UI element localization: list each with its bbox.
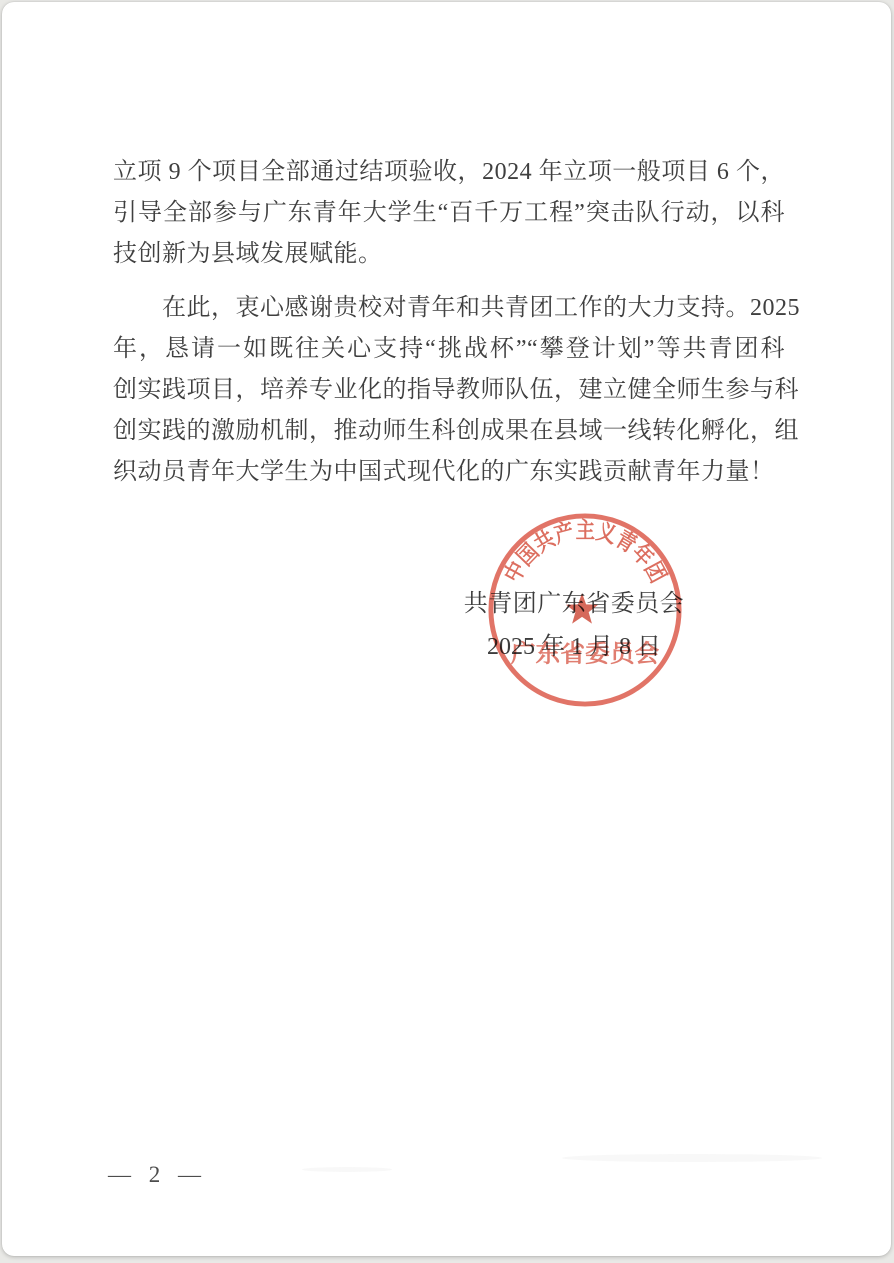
signature-date: 2025 年 1 月 8 日 [422, 626, 726, 661]
signature-organization: 共青团广东省委员会 [422, 583, 726, 618]
body-line: 立项 9 个项目全部通过结项验收，2024 年立项一般项目 6 个， [113, 152, 785, 193]
seal-arc-text: 中国共产主义青年团 [500, 518, 671, 587]
body-line: 创实践的激励机制，推动师生科创成果在县域一线转化孵化，组 [113, 411, 785, 452]
body-line: 织动员青年大学生为中国式现代化的广东实践贡献青年力量！ [113, 452, 785, 493]
scan-smudge [562, 1154, 822, 1162]
body-line: 创实践项目，培养专业化的指导教师队伍，建立健全师生参与科 [113, 370, 785, 411]
body-line: 在此，衷心感谢贵校对青年和共青团工作的大力支持。2025 [113, 288, 785, 329]
body-line: 年，恳请一如既往关心支持“挑战杯”“攀登计划”等共青团科 [113, 329, 785, 370]
paragraph-1: 立项 9 个项目全部通过结项验收，2024 年立项一般项目 6 个， 引导全部参… [113, 152, 785, 275]
scan-smudge [302, 1167, 392, 1172]
scan-background: 立项 9 个项目全部通过结项验收，2024 年立项一般项目 6 个， 引导全部参… [0, 0, 894, 1263]
document-page: 立项 9 个项目全部通过结项验收，2024 年立项一般项目 6 个， 引导全部参… [2, 2, 891, 1256]
body-line: 引导全部参与广东青年大学生“百千万工程”突击队行动，以科 [113, 193, 785, 234]
letter-body: 立项 9 个项目全部通过结项验收，2024 年立项一般项目 6 个， 引导全部参… [113, 152, 785, 493]
page-number: — 2 — [108, 1162, 207, 1188]
paragraph-2: 在此，衷心感谢贵校对青年和共青团工作的大力支持。2025 年，恳请一如既往关心支… [113, 288, 785, 493]
seal-arc-text-path: 中国共产主义青年团 [500, 518, 671, 587]
body-line: 技创新为县域发展赋能。 [113, 234, 785, 275]
